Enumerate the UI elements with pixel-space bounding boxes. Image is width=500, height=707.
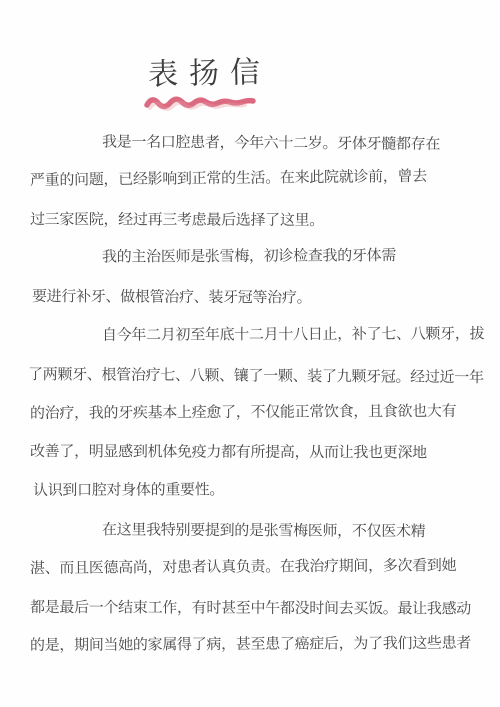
letter-line: 过三家医院，经过再三考虑最后选择了这里。 — [30, 200, 474, 240]
letter-line: 我的主治医师是张雪梅，初诊检查我的牙体需 — [30, 236, 474, 277]
letter-line: 认识到口腔对身体的重要性。 — [33, 470, 474, 510]
letter-body: 我是一名口腔患者，今年六十二岁。牙体牙髓都存在 严重的问题，已经影响到正常的生活… — [30, 122, 474, 665]
letter-line: 都是最后一个结束工作，有时甚至中午都没时间去买饭。最让我感动 — [30, 588, 474, 628]
letter-line: 湛、而且医德高尚，对患者认真负责。在我治疗期间，多次看到她 — [30, 546, 474, 588]
page-title: 表扬信 — [148, 47, 289, 94]
wavy-underline-icon — [142, 90, 268, 112]
letter-line: 严重的问题，已经影响到正常的生活。在来此院就诊前，曾去 — [30, 156, 474, 199]
letter-page: 表扬信 我是一名口腔患者，今年六十二岁。牙体牙髓都存在 严重的问题，已经影响到正… — [0, 0, 500, 707]
letter-line: 要进行补牙、做根管治疗、装牙冠等治疗。 — [32, 277, 474, 318]
letter-line: 的治疗，我的牙疾基本上痊愈了，不仅能正常饮食，且食欲也大有 — [30, 391, 474, 432]
letter-line: 改善了，明显感到机体免疫力都有所提高，从而让我也更深地 — [30, 432, 474, 472]
letter-line: 在这里我特别要提到的是张雪梅医师，不仅医术精 — [30, 510, 474, 551]
letter-line: 了两颗牙、根管治疗七、八颗、镶了一颗、装了九颗牙冠。经过近一年 — [28, 355, 474, 397]
letter-line: 的是，期间当她的家属得了病，甚至患了癌症后，为了我们这些患者 — [30, 624, 474, 665]
letter-title-block: 表扬信 — [148, 48, 288, 112]
letter-line: 自今年二月初至年底十二月十八日止，补了七、八颗牙，拔 — [30, 314, 474, 354]
